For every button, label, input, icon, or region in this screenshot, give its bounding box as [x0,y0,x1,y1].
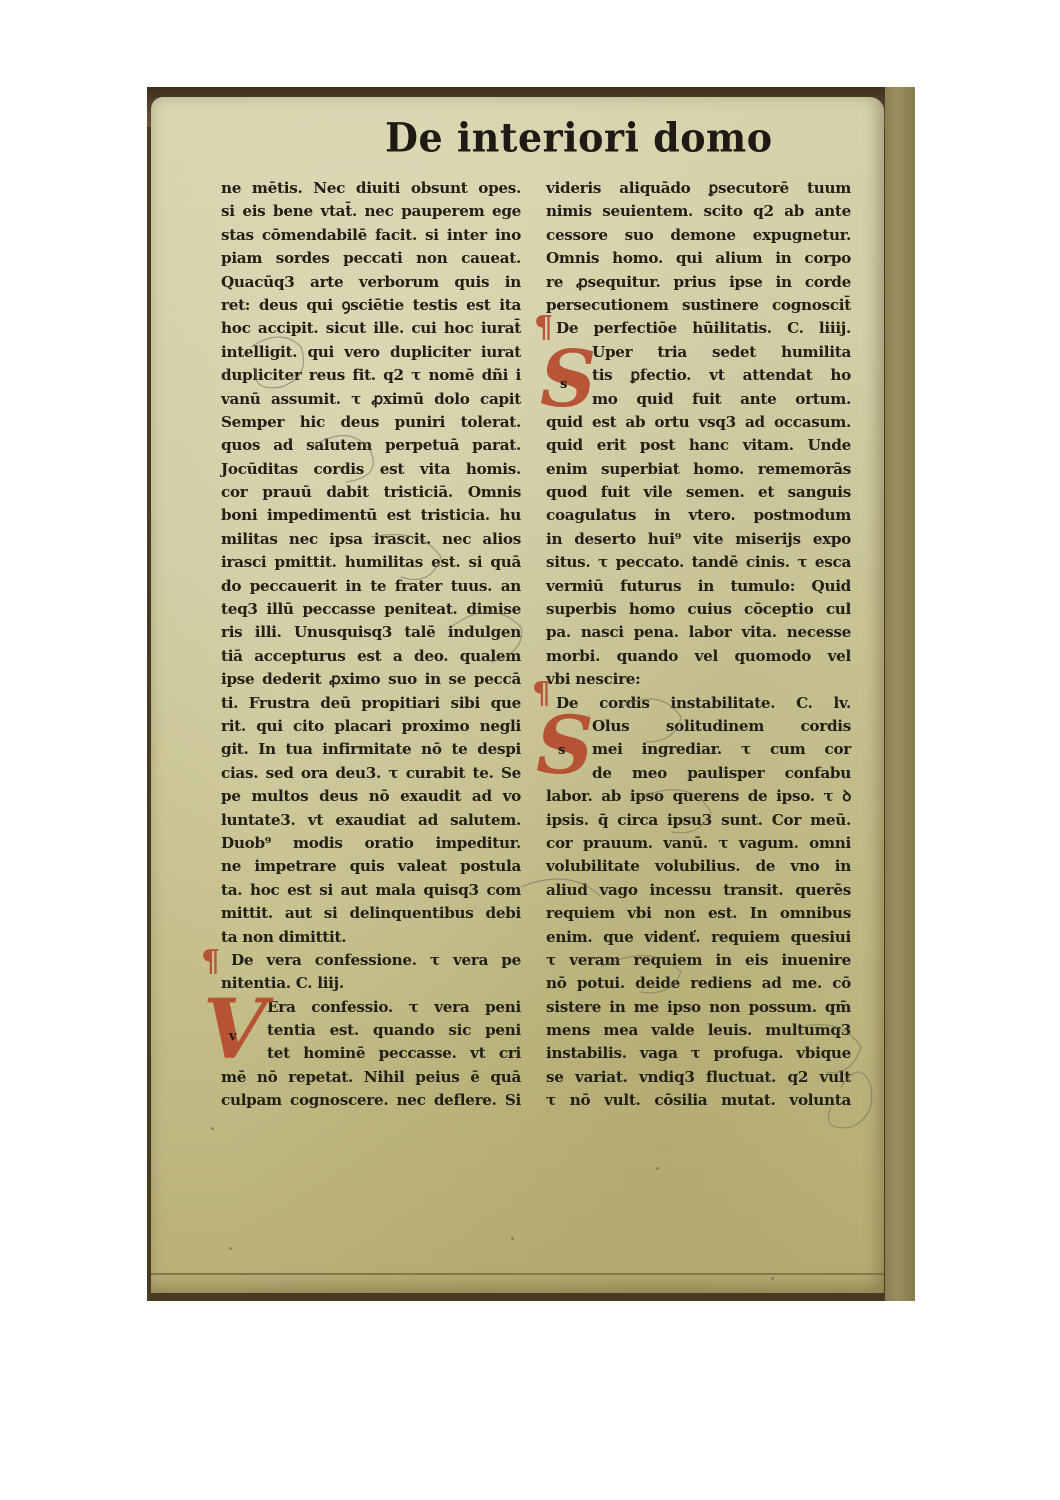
right-text-column: videris aliquādo ꝑsecutorē tuum nimis se… [546,177,851,1113]
chapter-text-line: in deserto hui⁹ vite miserijs expo [546,528,851,551]
text-line: Duob⁹ modis oratio impeditur. [221,832,521,855]
chapter-text-line: coagulatus in vtero. postmodum [546,504,851,527]
foxing-speck [511,1237,514,1240]
chapter-text-line: cor prauum. vanū. τ vagum. omni [546,832,851,855]
text-line: ipse dederit ꝓximo suo in se peccā [221,668,521,691]
text-line: teq3 illū peccasse peniteat. dimise [221,598,521,621]
text-line: Omnis homo. qui alium in corpo [546,247,851,270]
decorated-initial-s: S [540,341,596,419]
text-line: git. In tua infirmitate nō te despi [221,738,521,761]
text-line: si eis bene vtat̄. nec pauperem ege [221,200,521,223]
text-line: pe multos deus nō exaudit ad vo [221,785,521,808]
chapter-text-line: culpam cognoscere. nec deflere. Si [221,1089,521,1112]
paragraph-mark-rubric: ¶ [201,947,220,977]
book-photograph: De interiori domo ne mētis. Nec diuiti o… [147,87,915,1301]
text-line: Semper hic deus puniri tolerat. [221,411,521,434]
text-line: re ꝓsequitur. prius ipse in corde [546,271,851,294]
chapter-text-line: volubilitate volubilius. de vno in [546,855,851,878]
text-line: tiā accepturus est a deo. qualem [221,645,521,668]
chapter-text-line: se variat. vndiq3 fluctuat. q2 vult [546,1066,851,1089]
text-line: do peccauerit in te frater tuus. an [221,575,521,598]
chapter-text-line: nō potui. deide rediens ad me. cō [546,972,851,995]
text-line: intelligit. qui vero dupliciter iurat [221,341,521,364]
chapter-text-line: vbi nescire: [546,668,851,691]
text-line: ne mētis. Nec diuiti obsunt opes. [221,177,521,200]
text-line: videris aliquādo ꝑsecutorē tuum [546,177,851,200]
text-line: stas cōmendabilē facit. si inter ino [221,224,521,247]
chapter-text-line: instabilis. vaga τ profuga. vbique [546,1042,851,1065]
chapter-text-line: vermiū futurus in tumulo: Quid [546,575,851,598]
book-page-edges-right [885,87,915,1301]
chapter-text-line: morbi. quando vel quomodo vel [546,645,851,668]
chapter-text-line: τ nō vult. cōsilia mutat. volunta [546,1089,851,1112]
left-text-column: ne mētis. Nec diuiti obsunt opes. si eis… [221,177,521,1113]
text-line: rit. qui cito placari proximo negli [221,715,521,738]
chapter-text-line: superbis homo cuius cōceptio cul [546,598,851,621]
text-line: militas nec ipsa irascit. nec alios [221,528,521,551]
text-line: dupliciter reus fit. q2 τ nomē dñi i [221,364,521,387]
chapter-text-line: aliud vago incessu transit. querēs [546,879,851,902]
chapter-text-line: quid erit post hanc vitam. Unde [546,434,851,457]
text-line: ti. Frustra deū propitiari sibi que [221,692,521,715]
chapter-heading-line: De vera confessione. τ vera pe [221,949,521,972]
guide-letter: s [560,373,567,396]
text-line: cor prauū dabit tristiciā. Omnis [221,481,521,504]
book-page: De interiori domo ne mētis. Nec diuiti o… [151,97,884,1293]
text-line: vanū assumit. τ ꝓximū dolo capit [221,388,521,411]
text-line: ta. hoc est si aut mala quisq3 com [221,879,521,902]
foxing-speck [771,1277,774,1280]
text-line: mittit. aut si delinquentibus debi [221,902,521,925]
foxing-speck [229,1247,232,1250]
chapter-text-line: τ veram requiem in eis inuenire [546,949,851,972]
text-line: ret: deus qui ꝯsciētie testis est ita [221,294,521,317]
text-line: cias. sed ora deu3. τ curabit te. Se [221,762,521,785]
text-line: nimis seuientem. scito q2 ab ante [546,200,851,223]
foxing-speck [211,1127,214,1130]
chapter-text-line: quod fuit vile semen. et sanguis [546,481,851,504]
chapter-text-line: requiem vbi non est. In omnibus [546,902,851,925]
chapter-text-line: sistere in me ipso non possum. qm̄ [546,996,851,1019]
text-line: Jocūditas cordis est vita homis. [221,458,521,481]
text-line: persecutionem sustinere cognoscit̄ [546,294,851,317]
chapter-text-line: pa. nasci pena. labor vita. necesse [546,621,851,644]
text-line: ta non dimittit. [221,926,521,949]
guide-letter: v [229,1025,236,1048]
running-head-title: De interiori domo [385,114,773,161]
text-line: hoc accipit. sicut ille. cui hoc iurat̄ [221,317,521,340]
text-line: piam sordes peccati non caueat. [221,247,521,270]
chapter-text-line: ipsis. q̄ circa ipsu3 sunt. Cor meū. [546,809,851,832]
text-line: luntate3. vt exaudiat ad salutem. [221,809,521,832]
chapter-text-line: enim. que videnť. requiem quesiui [546,926,851,949]
guide-letter: s [558,739,565,762]
text-line: ne impetrare quis valeat postula [221,855,521,878]
text-line: Quacūq3 arte verborum quis in [221,271,521,294]
chapter-text-line: situs. τ peccato. tandē cinis. τ esca [546,551,851,574]
text-line: ris illi. Unusquisq3 talē indulgen [221,621,521,644]
foxing-speck [656,1167,659,1170]
chapter-text-line: mens mea valde leuis. multumq3 [546,1019,851,1042]
page-bottom-edge [151,1273,884,1275]
text-line: quos ad salutem perpetuā parat. [221,434,521,457]
text-line: cessore suo demone expugnetur. [546,224,851,247]
chapter-text-line: enim superbiat homo. rememorās [546,458,851,481]
text-line: irasci pmittit. humilitas est. si quā [221,551,521,574]
text-line: boni impedimentū est tristicia. hu [221,504,521,527]
